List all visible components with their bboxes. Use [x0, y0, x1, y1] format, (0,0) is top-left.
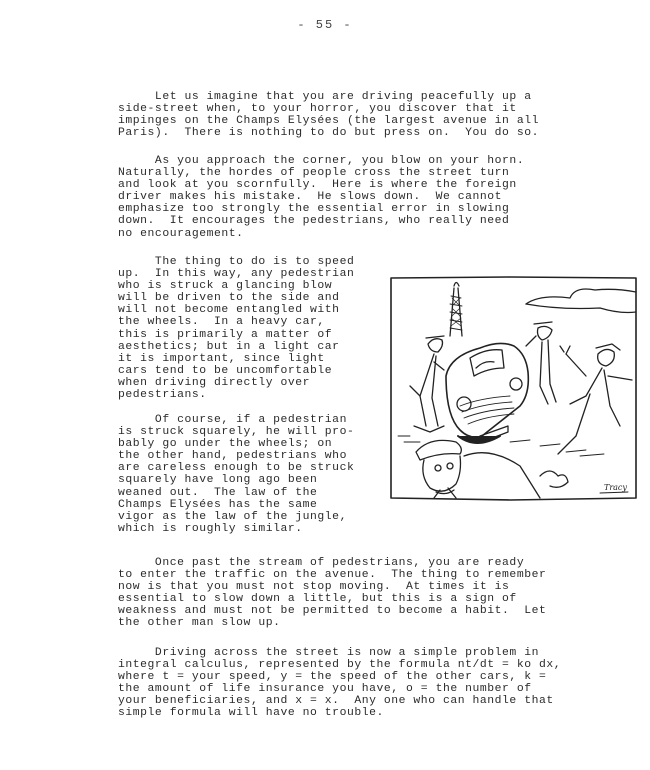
- text-line: Paris). There is nothing to do but press…: [118, 127, 539, 139]
- paragraph-1: Let us imagine that you are driving peac…: [118, 91, 539, 139]
- text-line: Naturally, the hordes of people cross th…: [118, 167, 524, 179]
- text-line: aesthetics; but in a light car: [118, 341, 354, 353]
- document-page: - 55 - Let us imagine that you are drivi…: [0, 0, 650, 770]
- text-line: will not become entangled with: [118, 304, 354, 316]
- text-line: squarely have long ago been: [118, 474, 354, 486]
- text-line: essential to slow down a little, but thi…: [118, 593, 546, 605]
- text-line: will be driven to the side and: [118, 292, 354, 304]
- paragraph-3: The thing to do is to speedup. In this w…: [118, 256, 354, 401]
- text-line: Of course, if a pedestrian: [118, 414, 354, 426]
- text-line: impinges on the Champs Elysées (the larg…: [118, 115, 539, 127]
- text-line: The thing to do is to speed: [118, 256, 354, 268]
- cartoon-illustration: Tracy: [390, 276, 637, 501]
- text-line: bably go under the wheels; on: [118, 438, 354, 450]
- car-drawing: [446, 343, 528, 443]
- text-line: emphasize too strongly the essential err…: [118, 203, 524, 215]
- text-line: pedestrians.: [118, 389, 354, 401]
- text-line: is struck squarely, he will pro-: [118, 426, 354, 438]
- text-line: Let us imagine that you are driving peac…: [118, 91, 539, 103]
- paragraph-2: As you approach the corner, you blow on …: [118, 155, 524, 240]
- pedestrian-left-drawing: [410, 336, 444, 432]
- paragraph-5: Once past the stream of pedestrians, you…: [118, 557, 546, 630]
- text-line: no encouragement.: [118, 228, 524, 240]
- text-line: weaned out. The law of the: [118, 487, 354, 499]
- text-line: are careless enough to be struck: [118, 462, 354, 474]
- paragraph-6: Driving across the street is now a simpl…: [118, 647, 561, 720]
- text-line: simple formula will have no trouble.: [118, 707, 561, 719]
- text-line: your beneficiaries, and x = x. Any one w…: [118, 695, 561, 707]
- pedestrian-running-drawing: [558, 344, 632, 454]
- text-line: which is roughly similar.: [118, 523, 354, 535]
- text-line: the wheels. In a heavy car,: [118, 316, 354, 328]
- page-number: - 55 -: [0, 18, 650, 32]
- text-line: the amount of life insurance you have, o…: [118, 683, 561, 695]
- pedestrian-center-drawing: [526, 322, 556, 404]
- text-line: to enter the traffic on the avenue. The …: [118, 569, 546, 581]
- text-line: the other man slow up.: [118, 617, 546, 629]
- text-line: Champs Elysées has the same: [118, 499, 354, 511]
- text-line: where t = your speed, y = the speed of t…: [118, 671, 561, 683]
- eiffel-tower-drawing: [450, 283, 462, 337]
- text-line: the other hand, pedestrians who: [118, 450, 354, 462]
- text-line: now is that you must not stop moving. At…: [118, 581, 546, 593]
- text-line: driver makes his mistake. He slows down.…: [118, 191, 524, 203]
- text-line: who is struck a glancing blow: [118, 280, 354, 292]
- text-line: Driving across the street is now a simpl…: [118, 647, 561, 659]
- text-line: As you approach the corner, you blow on …: [118, 155, 524, 167]
- text-line: integral calculus, represented by the fo…: [118, 659, 561, 671]
- svg-text:Tracy: Tracy: [604, 483, 627, 492]
- foreground-man-drawing: [416, 440, 568, 498]
- text-line: it is important, since light: [118, 353, 354, 365]
- paragraph-4: Of course, if a pedestrianis struck squa…: [118, 414, 354, 535]
- text-line: Once past the stream of pedestrians, you…: [118, 557, 546, 569]
- text-line: cars tend to be uncomfortable: [118, 365, 354, 377]
- text-line: vigor as the law of the jungle,: [118, 511, 354, 523]
- text-line: when driving directly over: [118, 377, 354, 389]
- text-line: side-street when, to your horror, you di…: [118, 103, 539, 115]
- text-line: weakness and must not be permitted to be…: [118, 605, 546, 617]
- text-line: and look at you scornfully. Here is wher…: [118, 179, 524, 191]
- text-line: up. In this way, any pedestrian: [118, 268, 354, 280]
- text-line: down. It encourages the pedestrians, who…: [118, 215, 524, 227]
- text-line: this is primarily a matter of: [118, 329, 354, 341]
